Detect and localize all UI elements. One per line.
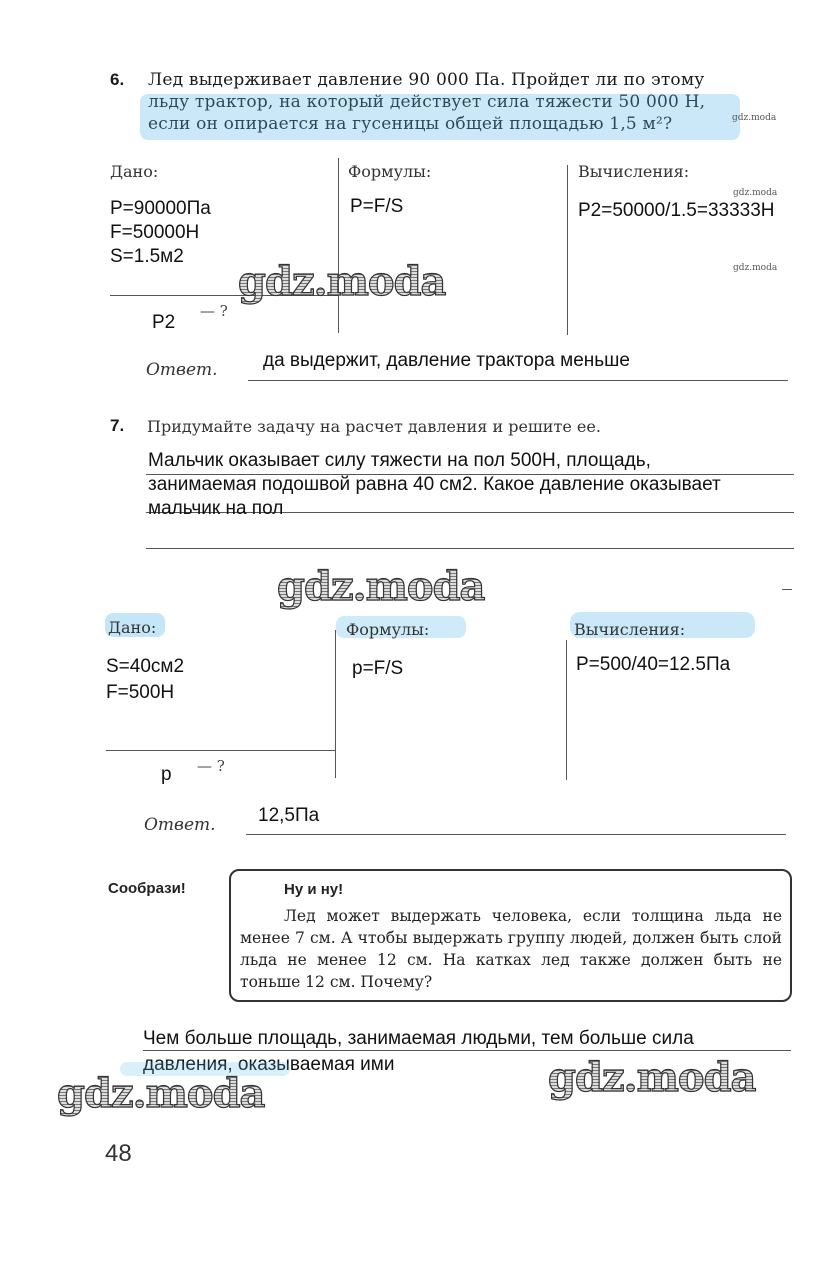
answer-line	[248, 380, 788, 381]
task7-number: 7.	[110, 416, 124, 436]
answer-line-text: Чем больше площадь, занимаемая людьми, т…	[143, 1026, 694, 1052]
task6-calc-label: Вычисления:	[578, 162, 689, 181]
written-line: Мальчик оказывает силу тяжести на пол 50…	[148, 449, 721, 473]
given-item: S=40см2	[106, 654, 184, 680]
info-box-text: Лед может выдержать человека, если толщи…	[240, 905, 782, 993]
task6-calculation: P2=50000/1.5=33333H	[578, 200, 775, 222]
task6-given-label: Дано:	[110, 162, 158, 181]
watermark-big: gdz.moda	[277, 563, 484, 610]
info-box: Ну и ну! Лед может выдержать человека, е…	[229, 869, 792, 1002]
task6-formula: P=F/S	[350, 196, 403, 218]
task7-written-problem: Мальчик оказывает силу тяжести на пол 50…	[148, 449, 721, 521]
task7-calc-label: Вычисления:	[574, 620, 685, 639]
given-item: S=1.5м2	[110, 245, 211, 269]
task6-answer: да выдержит, давление трактора меньше	[263, 350, 630, 372]
task6-answer-label: Ответ.	[146, 360, 218, 380]
task6-number: 6.	[110, 70, 124, 90]
task6-find-var: P2	[152, 312, 175, 334]
watermark-big: gdz.moda	[57, 1070, 264, 1117]
highlight-smudge	[140, 94, 740, 140]
written-line: мальчик на пол	[148, 497, 721, 521]
watermark-big: gdz.moda	[238, 258, 445, 305]
info-box-title: Ну и ну!	[284, 881, 343, 898]
task7-prompt: Придумайте задачу на расчет давления и р…	[147, 417, 601, 436]
answer-line	[246, 834, 786, 835]
column-divider	[566, 640, 567, 780]
watermark-small: gdz.moda	[732, 113, 776, 123]
column-divider	[338, 158, 339, 333]
writing-line	[146, 548, 794, 549]
given-divider	[106, 750, 336, 751]
watermark-small: gdz.moda	[733, 188, 777, 198]
task7-find-var: p	[161, 764, 172, 786]
column-divider	[335, 630, 336, 778]
column-divider	[567, 165, 568, 335]
task6-find-suffix: — ?	[200, 302, 228, 320]
task6-given-list: P=90000Па F=50000H S=1.5м2	[110, 197, 211, 269]
task7-answer: 12,5Па	[258, 805, 319, 827]
task6-text-line: Лед выдерживает давление 90 000 Па. Прой…	[148, 69, 798, 91]
task7-find-suffix: — ?	[197, 757, 225, 775]
task7-formulas-label: Формулы:	[346, 620, 429, 639]
written-line: занимаемая подошвой равна 40 см2. Какое …	[148, 473, 721, 497]
task7-answer-label: Ответ.	[144, 815, 216, 835]
task7-calculation: P=500/40=12.5Па	[576, 654, 730, 676]
watermark-big: gdz.moda	[548, 1054, 755, 1101]
task7-given-label: Дано:	[108, 618, 156, 637]
page-number: 48	[105, 1140, 132, 1168]
given-item: F=500H	[106, 680, 184, 706]
given-item: F=50000H	[110, 221, 211, 245]
task7-formula: p=F/S	[352, 658, 403, 680]
task7-given-list: S=40см2 F=500H	[106, 654, 184, 706]
think-label: Сообрази!	[108, 880, 186, 897]
dash-mark	[782, 589, 792, 590]
given-item: P=90000Па	[110, 197, 211, 221]
watermark-small: gdz.moda	[733, 263, 777, 273]
task6-formulas-label: Формулы:	[348, 162, 431, 181]
